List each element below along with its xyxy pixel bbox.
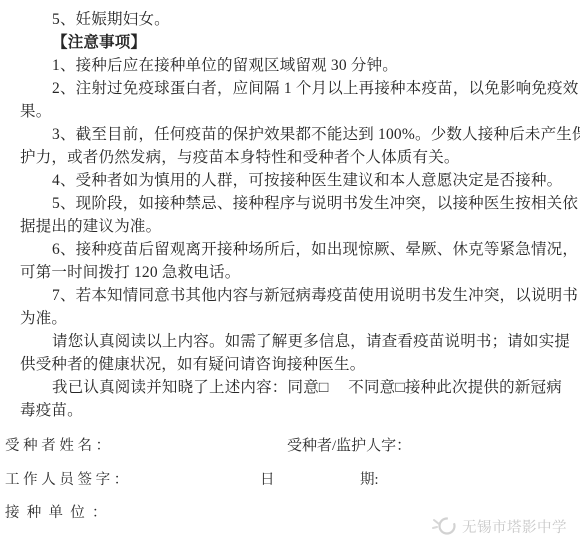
document-line: 2、注射过免疫球蛋白者，应间隔 1 个月以上再接种本疫苗，以免影响免疫效: [20, 77, 568, 100]
notes-section-heading: 【注意事项】: [20, 31, 568, 54]
document-line: 7、若本知情同意书其他内容与新冠病毒疫苗使用说明书发生冲突，以说明书: [20, 284, 568, 307]
document-line: 请您认真阅读以上内容。如需了解更多信息，请查看疫苗说明书；请如实提: [20, 330, 568, 353]
document-line: 5、现阶段，如接种禁忌、接种程序与说明书发生冲突，以接种医生按相关依: [20, 192, 568, 215]
watermark-text: 无锡市塔影中学: [462, 516, 567, 537]
watermark: 无锡市塔影中学: [431, 515, 567, 537]
date-label-part1: 日: [260, 470, 275, 490]
document-line: 5、妊娠期妇女。: [20, 8, 568, 31]
document-body: 5、妊娠期妇女。 【注意事项】 1、接种后应在接种单位的留观区域留观 30 分钟…: [20, 8, 568, 422]
document-line: 据提出的建议为准。: [20, 215, 568, 238]
document-page: 5、妊娠期妇女。 【注意事项】 1、接种后应在接种单位的留观区域留观 30 分钟…: [0, 0, 580, 555]
document-line: 1、接种后应在接种单位的留观区域留观 30 分钟。: [20, 54, 568, 77]
document-line: 为准。: [20, 307, 568, 330]
document-line: 毒疫苗。: [20, 399, 568, 422]
staff-signature-label: 工 作 人 员 签 字 ：: [5, 470, 128, 490]
document-line: 供受种者的健康状况，如有疑问请咨询接种医生。: [20, 353, 568, 376]
document-line: 果。: [20, 100, 568, 123]
date-label-part2: 期:: [360, 470, 379, 490]
document-line: 4、受种者如为慎用的人群，可按接种医生建议和本人意愿决定是否接种。: [20, 169, 568, 192]
document-line: 3、截至目前，任何疫苗的保护效果都不能达到 100%。少数人接种后未产生保: [20, 123, 568, 146]
consent-checkbox-line: 我已认真阅读并知晓了上述内容：同意□ 不同意□接种此次提供的新冠病: [20, 376, 568, 399]
document-line: 护力，或者仍然发病，与疫苗本身特性和受种者个人体质有关。: [20, 146, 568, 169]
document-line: 可第一时间拨打 120 急救电话。: [20, 261, 568, 284]
recipient-name-label: 受 种 者 姓 名 ：: [5, 436, 110, 456]
recipient-guardian-sign-label: 受种者/监护人字：: [287, 436, 411, 456]
school-logo-icon: [431, 515, 457, 537]
vaccination-unit-label: 接 种 单 位 ：: [5, 503, 107, 523]
document-line: 6、接种疫苗后留观离开接种场所后，如出现惊厥、晕厥、休克等紧急情况，: [20, 238, 568, 261]
